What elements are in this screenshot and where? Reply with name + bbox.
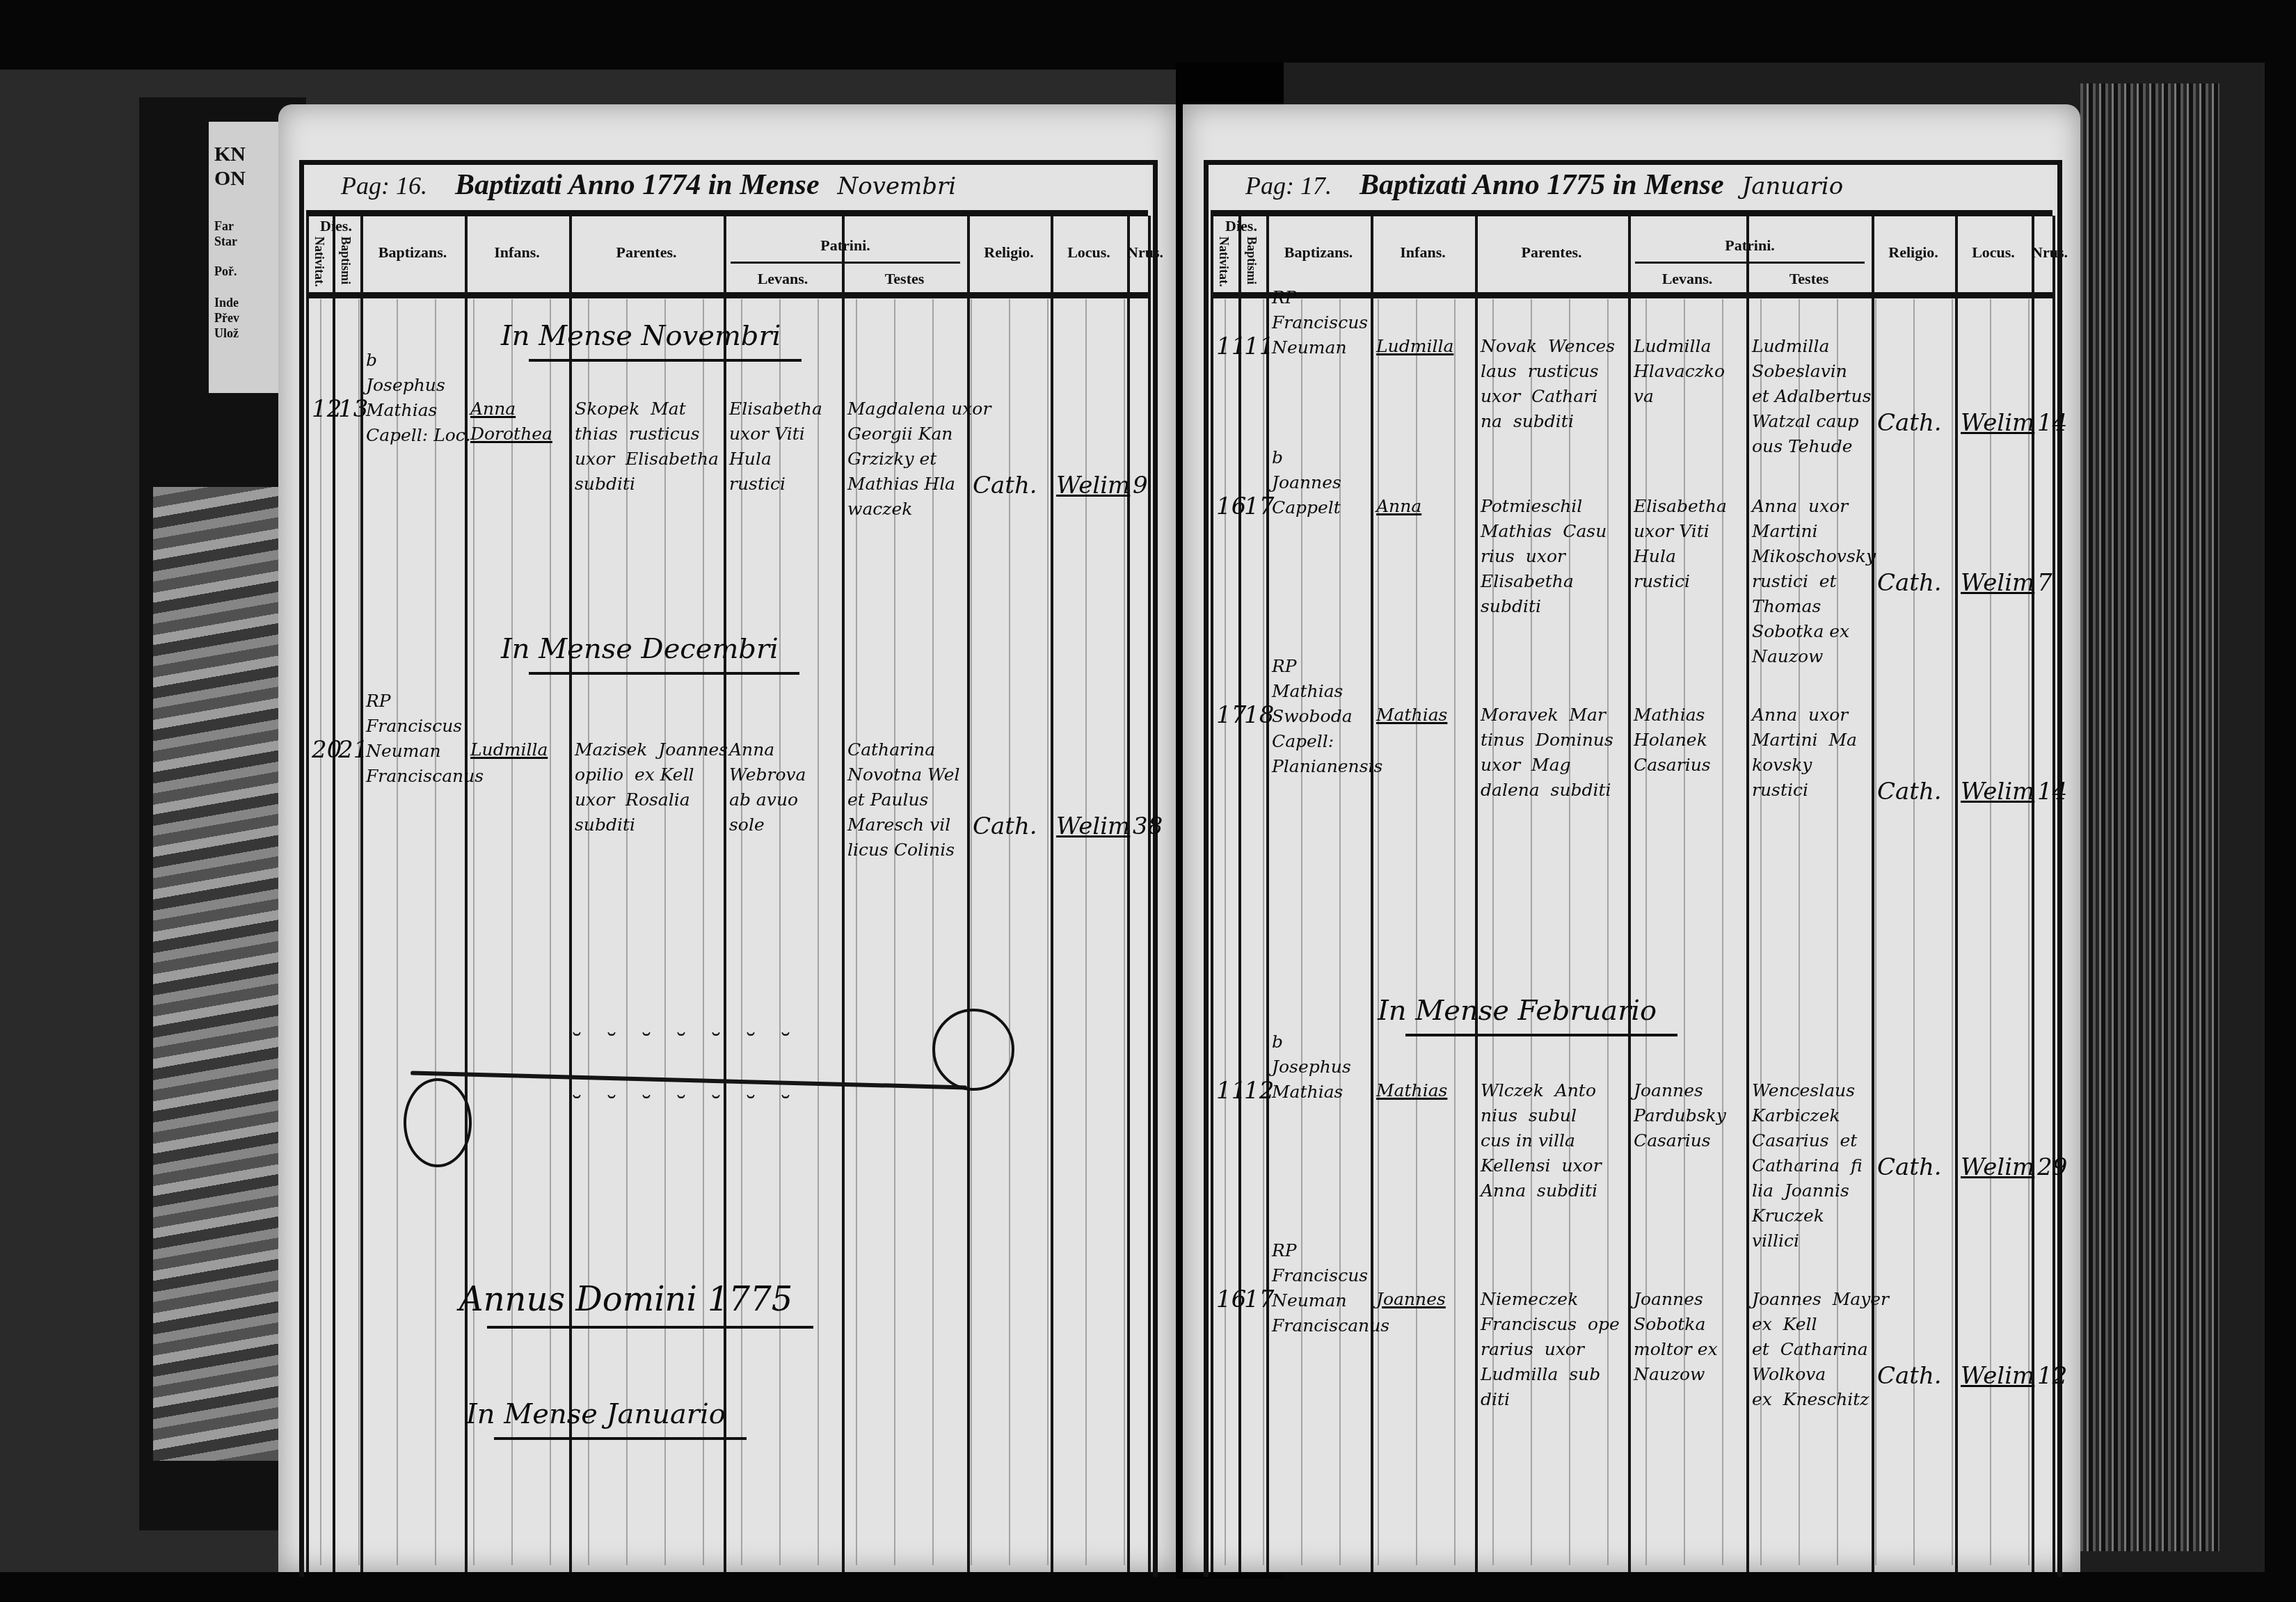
entry-locus: Welim (1056, 473, 1130, 498)
header-nrus: Nrus. (2032, 243, 2052, 262)
entry-nativitat: 12 (312, 397, 342, 422)
entry-nativitat: 16 (1216, 1287, 1246, 1312)
entry-locus: Welim (1056, 814, 1130, 839)
entry-testes: Anna uxor Martini Ma kovsky rustici (1752, 703, 1857, 803)
header-infans: Infans. (1371, 243, 1475, 262)
entry-religio: Cath. (1877, 410, 1942, 435)
entry-baptismi: 11 (1244, 334, 1274, 359)
entry-levans: Ludmilla Hlavaczko va (1634, 334, 1725, 409)
year-heading: Annus Domini 1775 (459, 1280, 792, 1319)
header-locus: Locus. (1955, 243, 2032, 262)
faint-ruling (435, 299, 436, 1565)
column-rule (1148, 216, 1151, 1572)
faint-ruling (1416, 299, 1417, 1565)
entry-religio: Cath. (1877, 1155, 1942, 1180)
entry-infans: Mathias (1376, 703, 1447, 728)
faint-ruling (1952, 299, 1953, 1565)
page-number: Pag: 17. (1245, 172, 1332, 200)
section-underline (529, 672, 799, 675)
entry-testes: Joannes Mayer ex Kell et Catharina Wolko… (1752, 1287, 1889, 1412)
entry-parentes: Skopek Mat thias rusticus uxor Elisabeth… (575, 397, 719, 497)
entry-baptizans: RP Franciscus Neuman (1272, 285, 1368, 360)
entry-nativitat: 11 (1216, 1078, 1246, 1103)
header-religio: Religio. (967, 243, 1051, 262)
entry-baptismi: 13 (338, 397, 368, 422)
entry-baptizans: RP Franciscus Neuman Franciscanus (366, 689, 484, 789)
entry-locus: Welim (1961, 1155, 2034, 1180)
column-rule (842, 216, 845, 1572)
faint-ruling (1722, 299, 1723, 1565)
right-register-page: Pag: 17.Baptizati Anno 1775 in MenseJanu… (1183, 104, 2080, 1572)
entry-parentes: Potmieschil Mathias Casu rius uxor Elisa… (1481, 494, 1607, 619)
entry-infans: Joannes (1376, 1287, 1446, 1312)
page-title: Pag: 16.Baptizati Anno 1774 in MenseNove… (341, 168, 956, 202)
header-nativitat: Nativitat. (312, 237, 326, 287)
faint-ruling (1454, 299, 1456, 1565)
header-rule (306, 210, 1148, 216)
entry-nrus: 14 (2037, 779, 2067, 804)
entry-locus: Welim (1961, 1363, 2034, 1388)
entry-testes: Wenceslaus Karbiczek Casarius et Cathari… (1752, 1078, 1863, 1253)
header-baptismi: Baptismi (1244, 237, 1259, 285)
header-nativitat: Nativitat. (1216, 237, 1231, 287)
patrini-rule (731, 262, 960, 264)
archive-label-line: Přev (214, 311, 284, 326)
left-register-page: Pag: 16.Baptizati Anno 1774 in MenseNove… (278, 104, 1176, 1572)
entry-nrus: 29 (2037, 1155, 2067, 1180)
faint-ruling (550, 299, 551, 1565)
faint-ruling (1225, 299, 1226, 1565)
entry-baptismi: 18 (1244, 703, 1274, 728)
entry-testes: Anna uxor Martini Mikoschovsky rustici e… (1752, 494, 1876, 669)
header-bottom-rule (306, 292, 1148, 298)
entry-parentes: Niemeczek Franciscus ope rarius uxor Lud… (1481, 1287, 1620, 1412)
page-number: Pag: 16. (341, 172, 427, 200)
entry-testes: Ludmilla Sobeslavin et Adalbertus Watzal… (1752, 334, 1871, 459)
entry-nrus: 14 (2037, 410, 2067, 435)
header-rule (1211, 210, 2052, 216)
month-section-heading: In Mense Februario (1378, 995, 1657, 1027)
entry-infans: Ludmilla (1376, 334, 1453, 359)
entry-nrus: 38 (1133, 814, 1163, 839)
header-nrus: Nrus. (1127, 243, 1148, 262)
flourish-loop (932, 1009, 1014, 1091)
faint-ruling (1047, 299, 1049, 1565)
entry-infans: Anna Dorothea (470, 397, 552, 447)
entry-locus: Welim (1961, 570, 2034, 595)
entry-baptizans: b Josephus Mathias (1272, 1030, 1351, 1105)
month-section-heading: In Mense Decembri (501, 633, 779, 665)
column-rule (1211, 216, 1213, 1572)
entry-levans: Elisabetha uxor Viti Hula rustici (1634, 494, 1727, 594)
entry-nrus: 7 (2037, 570, 2052, 595)
entry-baptizans: RP Mathias Swoboda Capell: Planianensis (1272, 654, 1382, 779)
archive-label-line: KN (214, 143, 284, 166)
entry-infans: Anna (1376, 494, 1421, 519)
entry-baptismi: 17 (1244, 1287, 1274, 1312)
header-religio: Religio. (1872, 243, 1955, 262)
column-rule (1371, 216, 1373, 1572)
entry-testes: Magdalena uxor Georgii Kan Grzizky et Ma… (847, 397, 991, 522)
faint-ruling (511, 299, 513, 1565)
header-parentes: Parentes. (1475, 243, 1628, 262)
flourish-loop (404, 1078, 472, 1167)
month-section-heading: In Mense Novembri (501, 320, 781, 352)
entry-nrus: 12 (2037, 1363, 2067, 1388)
archive-label-line: ON (214, 167, 284, 191)
faint-ruling (358, 299, 360, 1565)
title-text: Baptizati Anno 1775 in Mense (1360, 169, 1724, 201)
faint-ruling (1263, 299, 1264, 1565)
column-rule (1955, 216, 1958, 1572)
column-rule (1475, 216, 1478, 1572)
torn-paper-edge (153, 487, 278, 1461)
archive-label-line: Far (214, 219, 284, 234)
title-month: Januario (1742, 173, 1844, 200)
entry-parentes: Wlczek Anto nius subul cus in villa Kell… (1481, 1078, 1602, 1203)
archive-label-line: Ulož (214, 326, 284, 341)
entry-levans: Anna Webrova ab avuo sole (729, 737, 806, 838)
section-underline (494, 1437, 747, 1440)
entry-religio: Cath. (973, 814, 1037, 839)
entry-baptizans: RP Franciscus Neuman Franciscanus (1272, 1238, 1389, 1338)
header-parentes: Parentes. (569, 243, 724, 262)
section-underline (529, 359, 802, 362)
archive-label-line: Inde (214, 296, 284, 310)
entry-nativitat: 20 (312, 737, 342, 762)
entry-levans: Mathias Holanek Casarius (1634, 703, 1711, 778)
entry-testes: Catharina Novotna Wel et Paulus Maresch … (847, 737, 960, 863)
entry-levans: Elisabetha uxor Viti Hula rustici (729, 397, 822, 497)
entry-locus: Welim (1961, 410, 2034, 435)
patrini-rule (1635, 262, 1865, 264)
faint-ruling (320, 299, 321, 1565)
entry-baptismi: 17 (1244, 494, 1274, 519)
entry-nativitat: 17 (1216, 703, 1246, 728)
month-heading: In Mense Januario (466, 1398, 726, 1430)
entry-religio: Cath. (973, 473, 1037, 498)
faint-ruling (397, 299, 398, 1565)
entry-nativitat: 11 (1216, 334, 1246, 359)
title-month: Novembri (838, 173, 957, 200)
header-dies: Dies. (309, 217, 363, 235)
archive-label-line: Star (214, 234, 284, 249)
header-baptismi: Baptismi (338, 237, 353, 285)
entry-baptismi: 21 (338, 737, 368, 762)
entry-baptizans: b Josephus Mathias Capell: Loc. (366, 348, 471, 448)
column-rule (1238, 216, 1241, 1572)
section-underline (1405, 1034, 1677, 1036)
entry-religio: Cath. (1877, 570, 1942, 595)
header-dies: Dies. (1213, 217, 1269, 235)
header-testes: Testes (1746, 270, 1872, 288)
faint-ruling (473, 299, 475, 1565)
section-underline (487, 1326, 813, 1329)
column-rule (1127, 216, 1130, 1572)
header-levans: Levans. (1628, 270, 1746, 288)
header-infans: Infans. (465, 243, 569, 262)
header-patrini: Patrini. (724, 237, 967, 255)
page-block-edges (2080, 83, 2219, 1551)
entry-infans: Mathias (1376, 1078, 1447, 1103)
entry-levans: Joannes Pardubsky Casarius (1634, 1078, 1726, 1153)
entry-religio: Cath. (1877, 1363, 1942, 1388)
title-text: Baptizati Anno 1774 in Mense (455, 169, 820, 201)
header-levans: Levans. (724, 270, 842, 288)
column-rule (724, 216, 726, 1572)
column-rule (1746, 216, 1749, 1572)
flourish-ticks: ˘˘˘˘˘˘˘ (571, 1092, 814, 1121)
entry-parentes: Mazisek Joannes opilio ex Kell uxor Rosa… (575, 737, 728, 838)
header-patrini: Patrini. (1628, 237, 1872, 255)
entry-infans: Ludmilla (470, 737, 548, 762)
entry-nrus: 9 (1133, 473, 1148, 498)
header-testes: Testes (842, 270, 967, 288)
header-locus: Locus. (1051, 243, 1127, 262)
header-baptizans: Baptizans. (360, 243, 465, 262)
entry-nativitat: 16 (1216, 494, 1246, 519)
entry-baptizans: b Joannes Cappelt (1272, 445, 1341, 520)
column-rule (1628, 216, 1631, 1572)
column-rule (1266, 216, 1269, 1572)
entry-levans: Joannes Sobotka moltor ex Nauzow (1634, 1287, 1718, 1387)
column-rule (1051, 216, 1053, 1572)
entry-religio: Cath. (1877, 779, 1942, 804)
flourish-ticks: ˘˘˘˘˘˘˘ (571, 1030, 814, 1058)
entry-baptismi: 12 (1244, 1078, 1274, 1103)
entry-parentes: Moravek Mar tinus Dominus uxor Mag dalen… (1481, 703, 1613, 803)
faint-ruling (1378, 299, 1379, 1565)
column-rule (569, 216, 572, 1572)
archive-label-line: Poř. (214, 264, 284, 279)
page-title: Pag: 17.Baptizati Anno 1775 in MenseJanu… (1245, 168, 1843, 202)
entry-locus: Welim (1961, 779, 2034, 804)
entry-parentes: Novak Wences laus rusticus uxor Cathari … (1481, 334, 1615, 434)
column-rule (306, 216, 309, 1572)
archive-label: KN ON Far Star Poř. Inde Přev Ulož (209, 122, 285, 393)
header-baptizans: Baptizans. (1266, 243, 1371, 262)
